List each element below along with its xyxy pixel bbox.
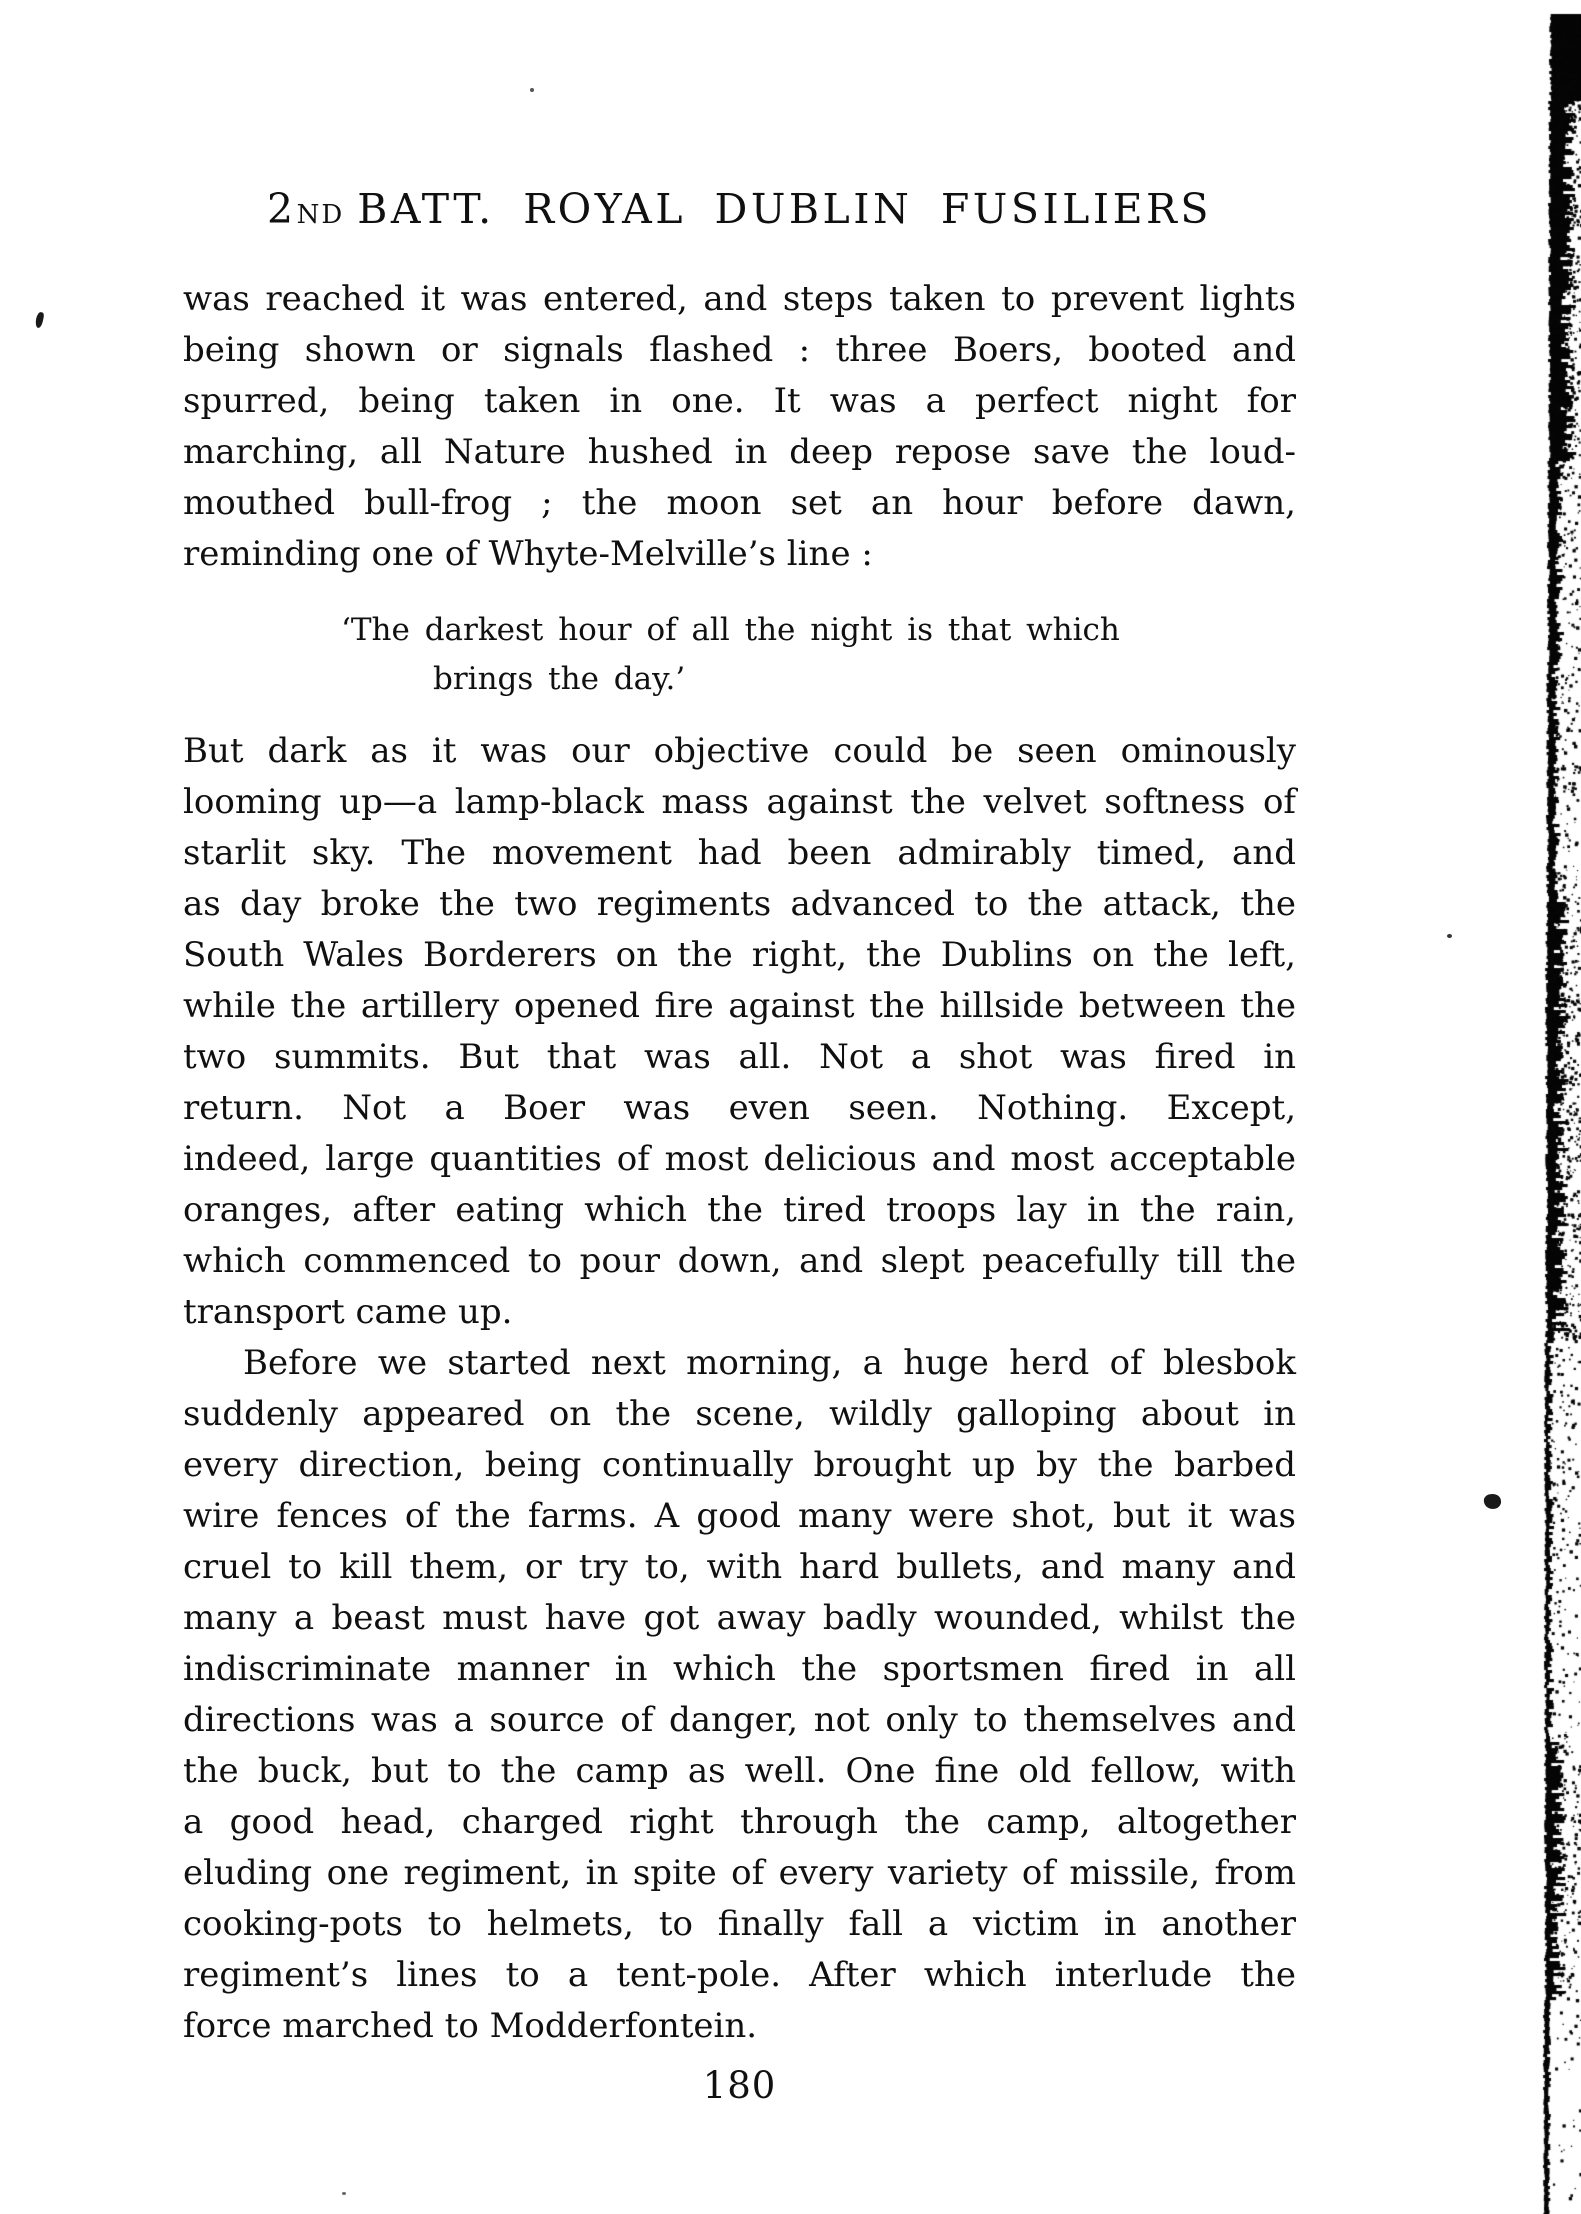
text-line: regiment’s lines to a tent-pole. After w… <box>183 1950 1296 2001</box>
text-line: Before we started next morning, a huge h… <box>183 1338 1296 1389</box>
quote-line: brings the day.’ <box>433 655 1296 704</box>
text-line: while the artillery opened fire against … <box>183 981 1296 1032</box>
text-line: cruel to kill them, or try to, with hard… <box>183 1542 1296 1593</box>
text-line: reminding one of Whyte-Melville’s line : <box>183 529 1296 580</box>
text-line: wire fences of the farms. A good many we… <box>183 1491 1296 1542</box>
page-header: 2NDBATT. ROYAL DUBLIN FUSILIERS <box>183 186 1296 238</box>
text-line: suddenly appeared on the scene, wildly g… <box>183 1389 1296 1440</box>
quote-block: ‘The darkest hour of all the night is th… <box>341 606 1296 704</box>
text-line: return. Not a Boer was even seen. Nothin… <box>183 1083 1296 1134</box>
text-line: being shown or signals flashed : three B… <box>183 325 1296 376</box>
text-line: South Wales Borderers on the right, the … <box>183 930 1296 981</box>
book-page: 2NDBATT. ROYAL DUBLIN FUSILIERS was reac… <box>0 0 1581 2214</box>
ink-speck <box>530 88 534 92</box>
text-line: starlit sky. The movement had been admir… <box>183 828 1296 879</box>
header-title-text: BATT. ROYAL DUBLIN FUSILIERS <box>357 185 1212 233</box>
paragraph: But dark as it was our objective could b… <box>183 726 1296 1338</box>
text-line: a good head, charged right through the c… <box>183 1797 1296 1848</box>
text-line: directions was a source of danger, not o… <box>183 1695 1296 1746</box>
text-line: marching, all Nature hushed in deep repo… <box>183 427 1296 478</box>
text-line: oranges, after eating which the tired tr… <box>183 1185 1296 1236</box>
text-line: the buck, but to the camp as well. One f… <box>183 1746 1296 1797</box>
quote-line: ‘The darkest hour of all the night is th… <box>341 606 1296 655</box>
text-line: as day broke the two regiments advanced … <box>183 879 1296 930</box>
text-line: which commenced to pour down, and slept … <box>183 1236 1296 1287</box>
page-content: 2NDBATT. ROYAL DUBLIN FUSILIERS was reac… <box>183 186 1296 2052</box>
text-line: spurred, being taken in one. It was a pe… <box>183 376 1296 427</box>
text-line: eluding one regiment, in spite of every … <box>183 1848 1296 1899</box>
ink-speck <box>342 2192 346 2195</box>
battalion-number: 2 <box>267 185 297 233</box>
text-line: looming up—a lamp-black mass against the… <box>183 777 1296 828</box>
text-line: mouthed bull-frog ; the moon set an hour… <box>183 478 1296 529</box>
ink-speck <box>34 311 44 328</box>
text-line: cooking-pots to helmets, to finally fall… <box>183 1899 1296 1950</box>
text-line: indiscriminate manner in which the sport… <box>183 1644 1296 1695</box>
scan-binding-artifact <box>1541 0 1581 2214</box>
paragraph: was reached it was entered, and steps ta… <box>183 274 1296 580</box>
text-line: many a beast must have got away badly wo… <box>183 1593 1296 1644</box>
text-line: indeed, large quantities of most delicio… <box>183 1134 1296 1185</box>
text-line: transport came up. <box>183 1287 1296 1338</box>
text-line: force marched to Modderfontein. <box>183 2001 1296 2052</box>
text-line: every direction, being continually broug… <box>183 1440 1296 1491</box>
ink-speck <box>1483 1493 1502 1510</box>
battalion-ordinal: ND <box>297 200 345 230</box>
text-line: two summits. But that was all. Not a sho… <box>183 1032 1296 1083</box>
paragraph: Before we started next morning, a huge h… <box>183 1338 1296 2052</box>
text-line: But dark as it was our objective could b… <box>183 726 1296 777</box>
text-body: was reached it was entered, and steps ta… <box>183 274 1296 2052</box>
text-line: was reached it was entered, and steps ta… <box>183 274 1296 325</box>
ink-speck <box>1447 934 1452 938</box>
page-number: 180 <box>183 2064 1296 2107</box>
